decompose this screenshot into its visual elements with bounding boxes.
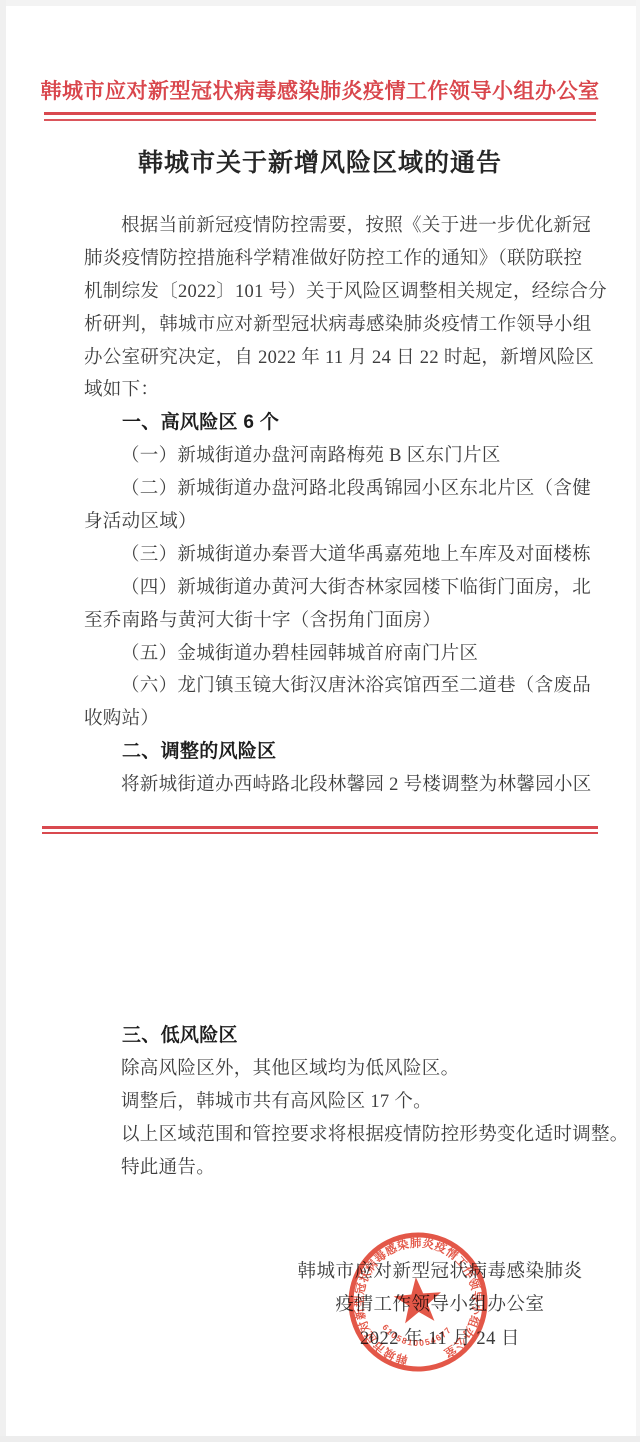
notice-title: 韩城市关于新增风险区域的通告 xyxy=(0,143,640,179)
text-line: 以上区域范围和管控要求将根据疫情防控形势变化适时调整。 xyxy=(84,1119,578,1152)
scan-edge-bottom xyxy=(0,1436,640,1442)
text-line: （二）新城街道办盘河路北段禹锦园小区东北片区（含健 xyxy=(84,473,578,506)
official-seal-stamp: 韩城市应对新型冠状病毒感染肺炎疫情工作领导小组办公室 6105810054677 xyxy=(337,1221,500,1384)
text-line: 收购站） xyxy=(84,703,578,736)
letterhead-org-name: 韩城市应对新型冠状病毒感染肺炎疫情工作领导小组办公室 xyxy=(0,75,640,105)
scan-edge-left xyxy=(0,0,6,1442)
text-line: 办公室研究决定，自 2022 年 11 月 24 日 22 时起，新增风险区 xyxy=(84,342,578,375)
section-heading: 一、高风险区 6 个 xyxy=(84,407,578,440)
text-line: 除高风险区外，其他区域均为低风险区。 xyxy=(84,1053,578,1086)
text-line: 域如下： xyxy=(84,374,578,407)
notice-body-page2: 三、低风险区除高风险区外，其他区域均为低风险区。调整后，韩城市共有高风险区 17… xyxy=(84,1020,578,1184)
text-line: （六）龙门镇玉镜大街汉唐沐浴宾馆西至二道巷（含废品 xyxy=(84,670,578,703)
section-heading: 二、调整的风险区 xyxy=(84,736,578,769)
star-icon xyxy=(392,1275,443,1324)
svg-text:6105810054677: 6105810054677 xyxy=(380,1317,455,1352)
text-line: 身活动区域） xyxy=(84,506,578,539)
text-line: 机制综发〔2022〕101 号）关于风险区调整相关规定，经综合分 xyxy=(84,276,578,309)
text-line: （五）金城街道办碧桂园韩城首府南门片区 xyxy=(84,638,578,671)
scanned-notice-page: { "colors": { "accent_red": "#d9494f", "… xyxy=(0,0,640,1442)
page-break-double-rule xyxy=(42,826,598,834)
scan-edge-right xyxy=(636,0,640,1442)
text-line: 特此通告。 xyxy=(84,1152,578,1185)
text-line: 析研判，韩城市应对新型冠状病毒感染肺炎疫情工作领导小组 xyxy=(84,309,578,342)
text-line: 调整后，韩城市共有高风险区 17 个。 xyxy=(84,1086,578,1119)
text-line: 肺炎疫情防控措施科学精准做好防控工作的通知》（联防联控 xyxy=(84,243,578,276)
text-line: 根据当前新冠疫情防控需要，按照《关于进一步优化新冠 xyxy=(84,210,578,243)
scan-edge-top xyxy=(0,0,640,6)
text-line: 将新城街道办西峙路北段林馨园 2 号楼调整为林馨园小区 xyxy=(84,769,578,802)
text-line: 至乔南路与黄河大街十字（含拐角门面房） xyxy=(84,605,578,638)
section-heading: 三、低风险区 xyxy=(84,1020,578,1053)
notice-body-page1: 根据当前新冠疫情防控需要，按照《关于进一步优化新冠肺炎疫情防控措施科学精准做好防… xyxy=(84,210,578,802)
seal-code-number: 6105810054677 xyxy=(380,1317,455,1352)
text-line: （三）新城街道办秦晋大道华禹嘉苑地上车库及对面楼栋 xyxy=(84,539,578,572)
text-line: （四）新城街道办黄河大街杏林家园楼下临街门面房，北 xyxy=(84,572,578,605)
text-line: （一）新城街道办盘河南路梅苑 B 区东门片区 xyxy=(84,440,578,473)
letterhead-double-rule xyxy=(44,112,596,121)
